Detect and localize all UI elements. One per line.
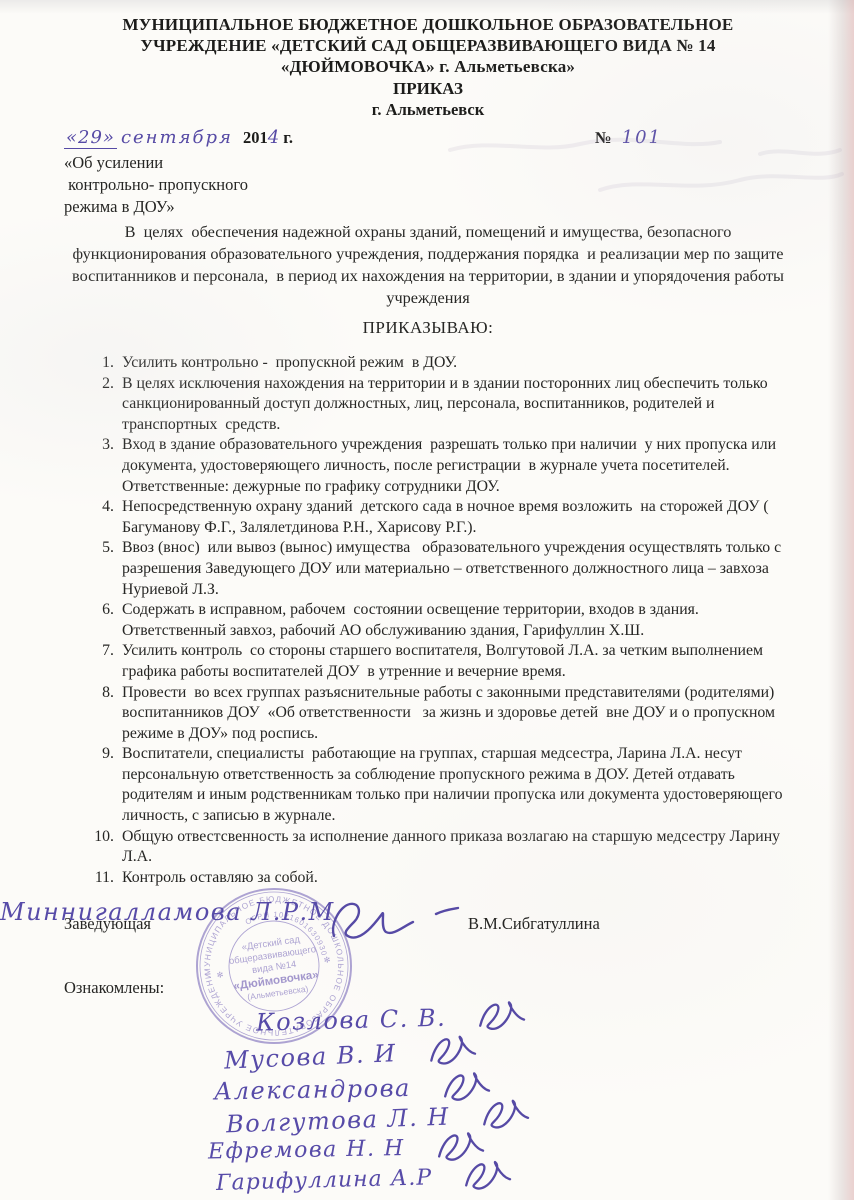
acknowledgement-row: Миннигалламова Л.Р.М bbox=[0, 898, 335, 926]
handwritten-year-digit: 4 bbox=[268, 127, 279, 148]
directive-text: Усилить контроль со стороны старшего вос… bbox=[122, 641, 792, 682]
directive-item: 1. Усилить контрольно - пропускной режим… bbox=[64, 353, 792, 374]
handwritten-month: сентября bbox=[121, 127, 233, 148]
directive-number: 10. bbox=[78, 827, 122, 868]
directive-item: 8. Провести во всех группах разъяснитель… bbox=[64, 683, 792, 745]
date-group: «29»сентября2014 г. bbox=[64, 127, 293, 148]
directive-item: 7. Усилить контроль со стороны старшего … bbox=[64, 641, 792, 682]
directive-item: 10. Общую отвестсвенность за исполнение … bbox=[64, 827, 792, 868]
directive-number: 9. bbox=[78, 744, 122, 826]
year-suffix: г. bbox=[283, 128, 293, 147]
directive-number: 6. bbox=[78, 600, 122, 641]
directive-list: 1. Усилить контрольно - пропускной режим… bbox=[64, 353, 792, 888]
directive-text: Содержать в исправном, рабочем состоянии… bbox=[122, 600, 792, 641]
org-header: МУНИЦИПАЛЬНОЕ БЮДЖЕТНОЕ ДОШКОЛЬНОЕ ОБРАЗ… bbox=[64, 14, 792, 77]
document-type-title: ПРИКАЗ bbox=[64, 78, 792, 99]
handwritten-day: «29» bbox=[64, 127, 117, 149]
directive-item: 2. В целях исключения нахождения на терр… bbox=[64, 374, 792, 436]
directive-text: Контроль оставляю за собой. bbox=[122, 868, 792, 889]
directive-number: 1. bbox=[78, 353, 122, 374]
acknowledgement-row: Гарифуллина А.Р bbox=[216, 1154, 519, 1200]
directive-item: 6. Содержать в исправном, рабочем состоя… bbox=[64, 600, 792, 641]
scanned-order-document: МУНИЦИПАЛЬНОЕ БЮДЖЕТНОЕ ДОШКОЛЬНОЕ ОБРАЗ… bbox=[0, 0, 854, 1200]
directive-item: 11. Контроль оставляю за собой. bbox=[64, 868, 792, 889]
directive-text: Воспитатели, специалисты работающие на г… bbox=[122, 744, 792, 826]
directive-item: 4. Непосредственную охрану зданий детско… bbox=[64, 497, 792, 538]
acknowledgement-list: Козлова С. В. Мусова В. И Александрова bbox=[0, 898, 854, 1200]
directive-text: Провести во всех группах разъяснительные… bbox=[122, 683, 792, 745]
directive-item: 5. Ввоз (внос) или вывоз (вынос) имущест… bbox=[64, 538, 792, 600]
org-name-line: УЧРЕЖДЕНИЕ «ДЕТСКИЙ САД ОБЩЕРАЗВИВАЮЩЕГО… bbox=[64, 35, 792, 56]
directive-item: 9. Воспитатели, специалисты работающие н… bbox=[64, 744, 792, 826]
handwritten-name: Гарифуллина А.Р bbox=[216, 1165, 433, 1196]
directive-number: 7. bbox=[78, 641, 122, 682]
signature-zone: МУНИЦИПАЛЬНОЕ БЮДЖЕТНОЕ ДОШКОЛЬНОЕ ОБРАЗ… bbox=[0, 898, 854, 1200]
handwritten-order-number: 101 bbox=[622, 127, 662, 148]
directive-text: Общую отвестсвенность за исполнение данн… bbox=[122, 827, 792, 868]
directive-number: 8. bbox=[78, 683, 122, 745]
preamble-paragraph: В целях обеспечения надежной охраны здан… bbox=[64, 221, 792, 309]
directive-text: Вход в здание образовательного учреждени… bbox=[122, 435, 792, 497]
order-number-group: №101 bbox=[595, 127, 662, 148]
directive-number: 5. bbox=[78, 538, 122, 600]
org-name-line: МУНИЦИПАЛЬНОЕ БЮДЖЕТНОЕ ДОШКОЛЬНОЕ ОБРАЗ… bbox=[64, 14, 792, 35]
directive-text: Непосредственную охрану зданий детского … bbox=[122, 497, 792, 538]
directive-text: В целях исключения нахождения на террито… bbox=[122, 374, 792, 436]
directive-number: 3. bbox=[78, 435, 122, 497]
order-subject: «Об усилении контрольно- пропускного реж… bbox=[64, 152, 792, 218]
signature-flourish bbox=[458, 1154, 519, 1198]
command-word: ПРИКАЗЫВАЮ: bbox=[64, 318, 792, 338]
number-sign: № bbox=[595, 128, 612, 147]
date-number-row: «29»сентября2014 г. №101 bbox=[64, 127, 792, 148]
directive-number: 11. bbox=[78, 868, 122, 889]
directive-text: Ввоз (внос) или вывоз (вынос) имущества … bbox=[122, 538, 792, 600]
directive-number: 4. bbox=[78, 497, 122, 538]
directive-item: 3. Вход в здание образовательного учрежд… bbox=[64, 435, 792, 497]
directive-text: Усилить контрольно - пропускной режим в … bbox=[122, 353, 792, 374]
handwritten-name: Миннигалламова Л.Р.М bbox=[0, 898, 335, 926]
city-line: г. Альметьевск bbox=[64, 99, 792, 120]
org-name-line: «ДЮЙМОВОЧКА» г. Альметьевска» bbox=[64, 56, 792, 77]
printed-year-prefix: 201 bbox=[243, 128, 268, 147]
directive-number: 2. bbox=[78, 374, 122, 436]
